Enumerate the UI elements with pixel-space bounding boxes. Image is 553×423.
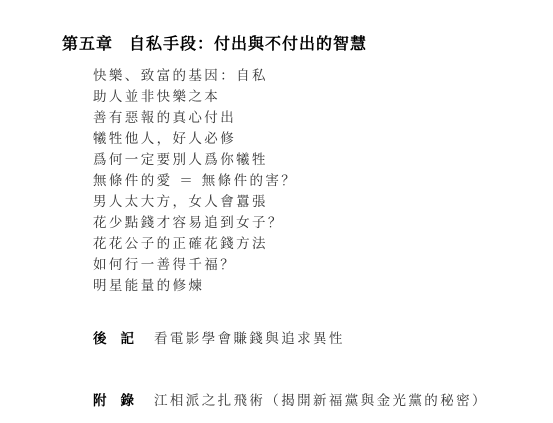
toc-item: 爲何一定要別人爲你犧牲 bbox=[93, 150, 297, 171]
toc-item: 如何行一善得千福？ bbox=[93, 255, 297, 276]
toc-item: 花花公子的正確花錢方法 bbox=[93, 234, 297, 255]
postscript-label: 後記 bbox=[93, 331, 148, 347]
appendix-title: 江相派之扎飛術（揭開新福黨與金光黨的秘密） bbox=[154, 393, 488, 409]
toc-item: 快樂、致富的基因：自私 bbox=[93, 66, 297, 87]
toc-item: 助人並非快樂之本 bbox=[93, 87, 297, 108]
toc-item: 明星能量的修煉 bbox=[93, 276, 297, 297]
chapter-title: 自私手段：付出與不付出的智慧 bbox=[129, 34, 367, 53]
chapter-number: 第五章 bbox=[62, 34, 113, 53]
appendix-label: 附錄 bbox=[93, 393, 148, 409]
postscript-title: 看電影學會賺錢與追求異性 bbox=[154, 331, 345, 347]
toc-item: 花少點錢才容易追到女子？ bbox=[93, 213, 297, 234]
toc-item: 犧牲他人，好人必修 bbox=[93, 129, 297, 150]
appendix-entry: 附錄江相派之扎飛術（揭開新福黨與金光黨的秘密） bbox=[93, 389, 488, 409]
postscript-entry: 後記看電影學會賺錢與追求異性 bbox=[93, 327, 345, 347]
chapter-heading: 第五章自私手段：付出與不付出的智慧 bbox=[62, 31, 367, 54]
toc-list: 快樂、致富的基因：自私 助人並非快樂之本 善有惡報的真心付出 犧牲他人，好人必修… bbox=[93, 66, 297, 297]
toc-item: 無條件的愛 ＝ 無條件的害？ bbox=[93, 171, 297, 192]
toc-item: 善有惡報的真心付出 bbox=[93, 108, 297, 129]
toc-item: 男人太大方，女人會囂張 bbox=[93, 192, 297, 213]
